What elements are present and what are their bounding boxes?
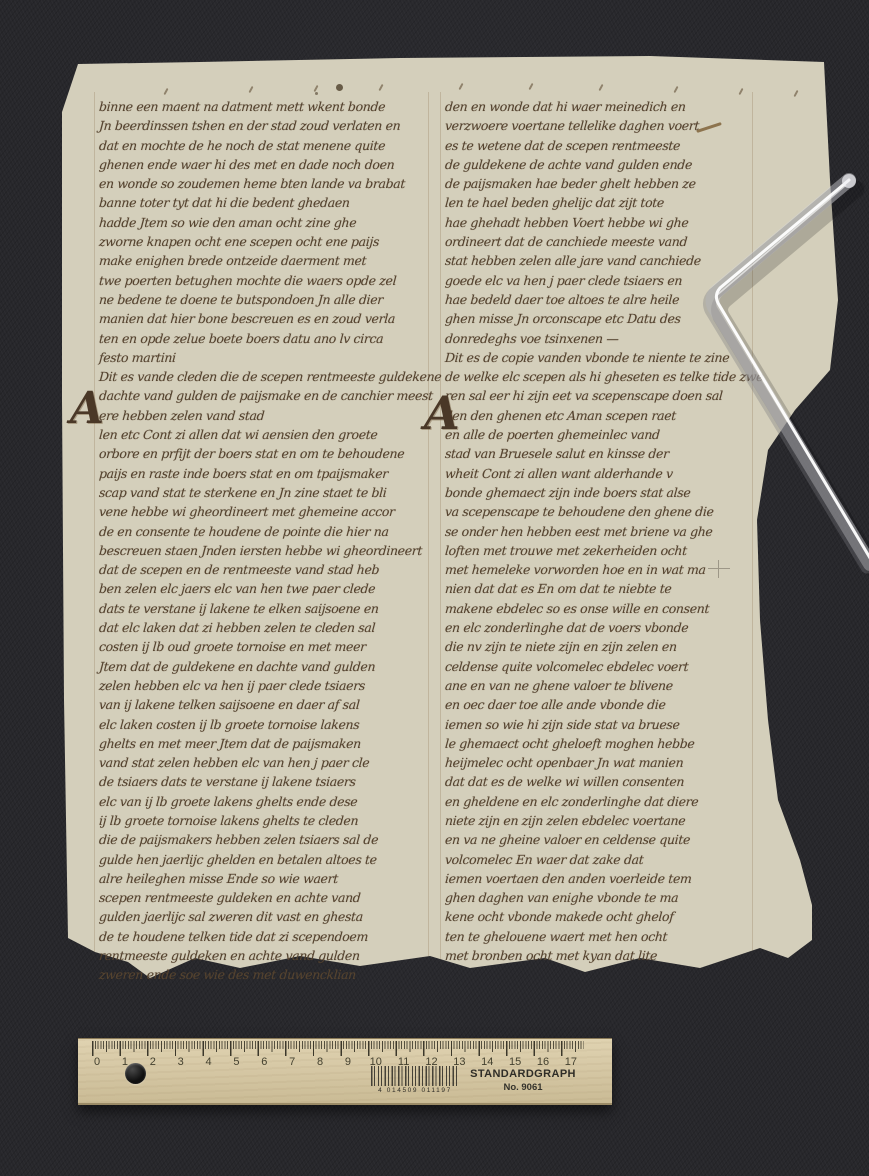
manuscript-line: en gheldene en elc zonderlinghe dat dier…: [444, 792, 745, 811]
pricking-mark: [793, 90, 798, 97]
manuscript-line: orbore en prfijt der boers stat en om te…: [98, 444, 431, 463]
manuscript-line: Dit es vande cleden die de scepen rentme…: [98, 367, 431, 386]
manuscript-line: twe poerten betughen mochte die waers op…: [98, 271, 431, 290]
barcode-digits: 4 014509 011197: [371, 1087, 459, 1094]
manuscript-line: llen den ghenen etc Aman scepen raet: [444, 406, 745, 425]
manuscript-line: festo martini: [98, 348, 431, 367]
manuscript-line: zworne knapen ocht ene scepen ocht ene p…: [98, 232, 431, 251]
manuscript-line: es te wetene dat de scepen rentmeeste: [444, 136, 745, 155]
ruler-brand: STANDARDGRAPH: [468, 1068, 578, 1080]
manuscript-line: donredeghs voe tsinxenen —: [444, 329, 745, 348]
pricking-mark: [598, 84, 603, 91]
manuscript-line: ij lb groete tornoise lakens ghelts te c…: [98, 811, 431, 830]
manuscript-line: hadde Jtem so wie den aman ocht zine ghe: [98, 213, 431, 232]
manuscript-line: va scepenscape te behoudene den ghene di…: [444, 502, 745, 521]
manuscript-line: loften met trouwe met zekerheiden ocht: [444, 541, 745, 560]
manuscript-line: dat elc laken dat zi hebben zelen te cle…: [98, 618, 431, 637]
manuscript-line: elc laken costen ij lb groete tornoise l…: [98, 715, 431, 734]
manuscript-line: vene hebbe wi gheordineert met ghemeine …: [98, 502, 431, 521]
manuscript-line: bonde ghemaect zijn inde boers stat alse: [444, 483, 745, 502]
manuscript-line: costen ij lb oud groete tornoise en met …: [98, 637, 431, 656]
ruler-scale-numbers: 01234567891011121314151617: [90, 1056, 578, 1068]
manuscript-line: van ij lakene telken saijsoene en daer a…: [98, 695, 431, 714]
ruler-number: 7: [285, 1056, 299, 1068]
manuscript-line: rentmeeste guldeken en achte vand gulden: [98, 946, 431, 965]
manuscript-line: iemen so wie hi zijn side stat va bruese: [444, 715, 745, 734]
manuscript-line: ere hebben zelen vand stad: [98, 406, 431, 425]
pricking-mark: [738, 88, 743, 95]
manuscript-line: ghenen ende waer hi des met en dade noch…: [98, 155, 431, 174]
manuscript-line: de paijsmaken hae beder ghelt hebben ze: [444, 174, 745, 193]
manuscript-line: heijmelec ocht openbaer Jn wat manien: [444, 753, 745, 772]
manuscript-line: gulden jaerlijc sal zweren dit vast en g…: [98, 907, 431, 926]
manuscript-line: ghelts en met meer Jtem dat de paijsmake…: [98, 734, 431, 753]
manuscript-line: de welke elc scepen als hi gheseten es t…: [444, 367, 745, 386]
manuscript-line: makene ebdelec so es onse wille en conse…: [444, 599, 745, 618]
manuscript-line: scepen rentmeeste guldeken en achte vand: [98, 888, 431, 907]
manuscript-line: dats te verstane ij lakene te elken saij…: [98, 599, 431, 618]
ruler-number: 8: [313, 1056, 327, 1068]
manuscript-line: ten te ghelouene waert met hen ocht: [444, 927, 745, 946]
manuscript-line: die de paijsmakers hebben zelen tsiaers …: [98, 830, 431, 849]
manuscript-line: de guldekene de achte vand gulden ende: [444, 155, 745, 174]
manuscript-line: den en wonde dat hi waer meinedich en: [444, 97, 745, 116]
ruler-model-number: No. 9061: [468, 1082, 578, 1093]
manuscript-line: ordineert dat de canchiede meeste vand: [444, 232, 745, 251]
manuscript-line: volcomelec En waer dat zake dat: [444, 850, 745, 869]
pricking-mark: [313, 85, 318, 92]
manuscript-line: Jtem dat de guldekene en dachte vand gul…: [98, 657, 431, 676]
ruling-line: [440, 92, 441, 1004]
manuscript-line: ghen misse Jn orconscape etc Datu des: [444, 309, 745, 328]
manuscript-line: len te hael beden ghelijc dat zijt tote: [444, 193, 745, 212]
barcode-block: 4 014509 011197: [371, 1066, 459, 1094]
pricking-mark: [673, 86, 678, 93]
ruler-number: 2: [146, 1056, 160, 1068]
manuscript-line: elc van ij lb groete lakens ghelts ende …: [98, 792, 431, 811]
manuscript-line: alre heileghen misse Ende so wie waert: [98, 869, 431, 888]
manuscript-line: zweren ende soe wie des met duwencklian: [98, 965, 431, 984]
manuscript-line: stat hebben zelen alle jare vand canchie…: [444, 251, 745, 270]
manuscript-line: en va ne gheine valoer en celdense quite: [444, 830, 745, 849]
manuscript-line: iemen voertaen den anden voerleide tem: [444, 869, 745, 888]
ruler-number: 15: [508, 1056, 522, 1068]
manuscript-line: met hemeleke vorworden hoe en in wat ma: [444, 560, 745, 579]
manuscript-line: Dit es de copie vanden vbonde te niente …: [444, 348, 745, 367]
manuscript-line: dat dat es de welke wi willen consenten: [444, 772, 745, 791]
decorated-initial-right: A: [424, 386, 460, 440]
pricking-mark: [163, 88, 168, 95]
manuscript-line: met bronben ocht met kyan dat lite: [444, 946, 745, 965]
pricking-mark: [378, 84, 383, 91]
manuscript-line: se onder hen hebben eest met briene va g…: [444, 522, 745, 541]
manuscript-line: stad van Bruesele salut en kinsse der: [444, 444, 745, 463]
manuscript-photograph: binne een maent na datment mett wkent bo…: [0, 0, 869, 1176]
ruler: 01234567891011121314151617 4 014509 0111…: [78, 1038, 612, 1105]
ruling-line: [94, 92, 95, 1004]
ruler-hanging-hole: [125, 1063, 146, 1084]
manuscript-line: ghen daghen van enighe vbonde te ma: [444, 888, 745, 907]
manuscript-line: le ghemaect ocht gheloeft moghen hebbe: [444, 734, 745, 753]
manuscript-line: de te houdene telken tide dat zi scepend…: [98, 927, 431, 946]
manuscript-line: zelen hebben elc va hen ij paer clede ts…: [98, 676, 431, 695]
ruler-number: 17: [564, 1056, 578, 1068]
manuscript-line: de en consente te houdene de pointe die …: [98, 522, 431, 541]
manuscript-line: en wonde so zoudemen heme bten lande va …: [98, 174, 431, 193]
manuscript-line: en elc zonderlinghe dat de voers vbonde: [444, 618, 745, 637]
decorated-initial-left: A: [70, 383, 104, 434]
manuscript-line: ane en van ne ghene valoer te blivene: [444, 676, 745, 695]
brand-block: STANDARDGRAPH No. 9061: [468, 1068, 578, 1093]
manuscript-line: make enighen brede ontzeide daerment met: [98, 251, 431, 270]
barcode: [371, 1066, 459, 1086]
manuscript-line: nien dat dat es En om dat te niebte te: [444, 579, 745, 598]
manuscript-line: die nv zijn te niete zijn en zijn zelen …: [444, 637, 745, 656]
text-column-left: binne een maent na datment mett wkent bo…: [99, 97, 431, 983]
manuscript-line: paijs en raste inde boers stat en om tpa…: [98, 464, 431, 483]
ruler-number: 16: [536, 1056, 550, 1068]
pricking-mark: [248, 86, 253, 93]
manuscript-line: ren sal eer hi zijn eet va scepenscape d…: [444, 386, 745, 405]
ruler-ticks-cm: [92, 1041, 584, 1056]
ruler-number: 14: [480, 1056, 494, 1068]
manuscript-line: vand stat zelen hebben elc van hen j pae…: [98, 753, 431, 772]
manuscript-line: scap vand stat te sterkene en Jn zine st…: [98, 483, 431, 502]
manuscript-line: ten en opde zelue boete boers datu ano l…: [98, 329, 431, 348]
manuscript-line: banne toter tyt dat hi die bedent ghedae…: [98, 193, 431, 212]
ruler-number: 5: [229, 1056, 243, 1068]
manuscript-line: en alle de poerten ghemeinlec vand: [444, 425, 745, 444]
manuscript-line: ben zelen elc jaers elc van hen twe paer…: [98, 579, 431, 598]
manuscript-line: manien dat hier bone bescreuen es en zou…: [98, 309, 431, 328]
manuscript-line: bescreuen staen Jnden iersten hebbe wi g…: [98, 541, 431, 560]
ruling-line: [752, 92, 753, 972]
text-column-right: den en wonde dat hi waer meinedich enver…: [445, 97, 745, 965]
manuscript-line: dat en mochte de he noch de stat menene …: [98, 136, 431, 155]
ruler-number: 6: [257, 1056, 271, 1068]
ink-stain: [315, 92, 318, 95]
manuscript-line: celdense quite volcomelec ebdelec voert: [444, 657, 745, 676]
ruler-number: 4: [202, 1056, 216, 1068]
manuscript-line: en oec daer toe alle ande vbonde die: [444, 695, 745, 714]
manuscript-line: wheit Cont zi allen want alderhande v: [444, 464, 745, 483]
manuscript-line: hae bedeld daer toe altoes te alre heile: [444, 290, 745, 309]
manuscript-line: niete zijn en zijn zelen ebdelec voertan…: [444, 811, 745, 830]
manuscript-line: gulde hen jaerlijc ghelden en betalen al…: [98, 850, 431, 869]
manuscript-line: binne een maent na datment mett wkent bo…: [98, 97, 431, 116]
manuscript-line: Jn beerdinssen tshen en der stad zoud ve…: [98, 116, 431, 135]
manuscript-line: verzwoere voertane tellelike daghen voer…: [444, 116, 745, 135]
manuscript-line: kene ocht vbonde makede ocht ghelof: [444, 907, 745, 926]
manuscript-line: de tsiaers dats te verstane ij lakene ts…: [98, 772, 431, 791]
pricking-mark: [528, 83, 533, 90]
ink-stain: [336, 84, 343, 91]
manuscript-line: dachte vand gulden de paijsmake en de ca…: [98, 386, 431, 405]
pricking-mark: [458, 83, 463, 90]
ruler-number: 9: [341, 1056, 355, 1068]
manuscript-line: ne bedene te doene te butspondoen Jn all…: [98, 290, 431, 309]
ruler-number: 0: [90, 1056, 104, 1068]
manuscript-line: dat de scepen en de rentmeeste vand stad…: [98, 560, 431, 579]
manuscript-line: goede elc va hen j paer clede tsiaers en: [444, 271, 745, 290]
manuscript-line: hae ghehadt hebben Voert hebbe wi ghe: [444, 213, 745, 232]
ruler-number: 3: [174, 1056, 188, 1068]
manuscript-line: len etc Cont zi allen dat wi aensien den…: [98, 425, 431, 444]
